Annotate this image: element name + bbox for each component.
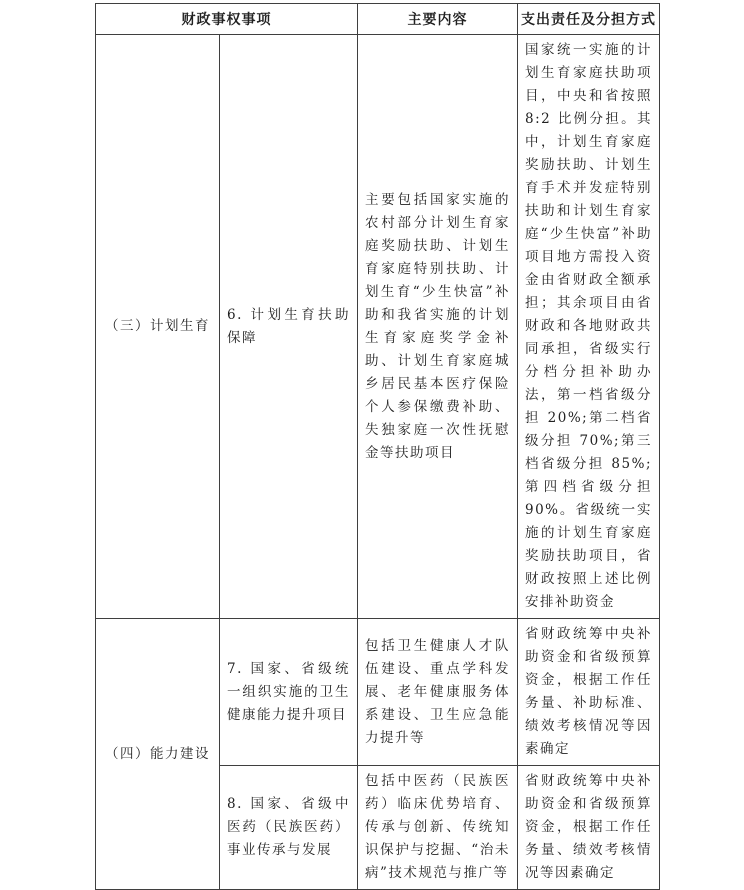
header-row: 财政事权事项 主要内容 支出责任及分担方式 — [96, 4, 660, 35]
item-cell-8: 8. 国家、省级中医药（民族医药）事业传承与发展 — [220, 766, 358, 890]
header-responsibility: 支出责任及分担方式 — [518, 4, 660, 35]
responsibility-cell-6: 国家统一实施的计划生育家庭扶助项目，中央和省按照 8:2 比例分担。其中，计划生… — [518, 35, 660, 619]
fiscal-responsibility-table: 财政事权事项 主要内容 支出责任及分担方式 （三）计划生育 6. 计划生育扶助保… — [95, 3, 660, 890]
responsibility-cell-7: 省财政统筹中央补助资金和省级预算资金，根据工作任务量、补助标准、绩效考核情况等因… — [518, 619, 660, 766]
responsibility-cell-8: 省财政统筹中央补助资金和省级预算资金，根据工作任务量、绩效考核情况等因素确定 — [518, 766, 660, 890]
fiscal-table-container: 财政事权事项 主要内容 支出责任及分担方式 （三）计划生育 6. 计划生育扶助保… — [95, 3, 660, 890]
document-page: { "table": { "headers": { "col_fiscal": … — [0, 0, 744, 782]
content-cell-7: 包括卫生健康人才队伍建设、重点学科发展、老年健康服务体系建设、卫生应急能力提升等 — [358, 619, 518, 766]
table-row-capacity-building-7: （四）能力建设 7. 国家、省级统一组织实施的卫生健康能力提升项目 包括卫生健康… — [96, 619, 660, 766]
category-cell-capacity-building: （四）能力建设 — [96, 619, 220, 890]
item-cell-6: 6. 计划生育扶助保障 — [220, 35, 358, 619]
header-fiscal-items: 财政事权事项 — [96, 4, 358, 35]
header-main-content: 主要内容 — [358, 4, 518, 35]
content-cell-6: 主要包括国家实施的农村部分计划生育家庭奖励扶助、计划生育家庭特别扶助、计划生育“… — [358, 35, 518, 619]
content-cell-8: 包括中医药（民族医药）临床优势培育、传承与创新、传统知识保护与挖掘、“治未病”技… — [358, 766, 518, 890]
category-cell-family-planning: （三）计划生育 — [96, 35, 220, 619]
item-cell-7: 7. 国家、省级统一组织实施的卫生健康能力提升项目 — [220, 619, 358, 766]
table-row-family-planning: （三）计划生育 6. 计划生育扶助保障 主要包括国家实施的农村部分计划生育家庭奖… — [96, 35, 660, 619]
